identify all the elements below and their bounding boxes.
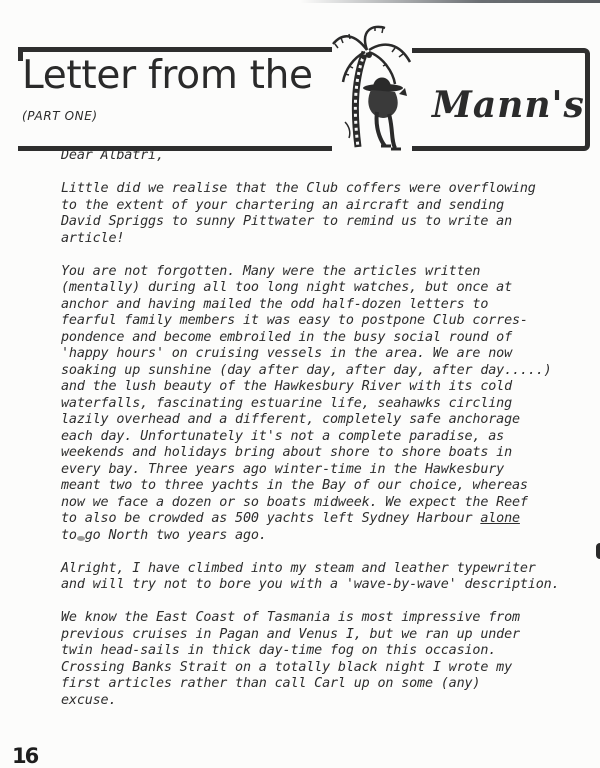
- text-line: lazily overhead and a different, complet…: [61, 412, 520, 427]
- text-line: David Spriggs to sunny Pittwater to remi…: [61, 214, 512, 229]
- text-line: 'happy hours' on cruising vessels in the…: [61, 346, 512, 361]
- emphasized-word: alone: [480, 511, 520, 526]
- letter-paragraph: We know the East Coast of Tasmania is mo…: [61, 610, 591, 709]
- text-line: (mentally) during all too long night wat…: [61, 280, 512, 295]
- article-part-label: (PART ONE): [22, 109, 98, 123]
- page-number: 16: [12, 744, 37, 768]
- text-line: to the extent of your chartering an airc…: [61, 198, 504, 213]
- binding-hole-mark: [596, 543, 600, 559]
- text-line: each day. Unfortunately it's not a compl…: [61, 429, 504, 444]
- text-line: first articles rather than call Carl up …: [61, 676, 480, 691]
- article-title: Letter from the: [22, 53, 313, 98]
- text-line: previous cruises in Pagan and Venus I, b…: [61, 627, 520, 642]
- text-line: fearful family members it was easy to po…: [61, 313, 528, 328]
- text-line: Crossing Banks Strait on a totally black…: [61, 660, 512, 675]
- text-line: to also be crowded as 500 yachts left Sy…: [61, 511, 480, 526]
- text-line: twin head-sails in thick day-time fog on…: [61, 643, 496, 658]
- text-line: weekends and holidays bring about shore …: [61, 445, 512, 460]
- text-line: every bay. Three years ago winter-time i…: [61, 462, 504, 477]
- letter-body: Dear Albatri, Little did we realise that…: [61, 148, 591, 726]
- letter-paragraph: Little did we realise that the Club coff…: [61, 181, 591, 247]
- palm-tree-sailor-icon: [325, 22, 430, 155]
- text-line: meant two to three yachts in the Bay of …: [61, 478, 528, 493]
- text-line: article!: [61, 231, 124, 246]
- text-line: to go North two years ago.: [61, 528, 267, 543]
- text-line: pondence and become embroiled in the bus…: [61, 330, 512, 345]
- letter-paragraph: Alright, I have climbed into my steam an…: [61, 561, 591, 594]
- text-line: excuse.: [61, 693, 116, 708]
- letter-paragraph: You are not forgotten. Many were the art…: [61, 264, 591, 545]
- scan-edge-shadow: [300, 0, 600, 3]
- text-line: Alright, I have climbed into my steam an…: [61, 561, 536, 576]
- letter-salutation: Dear Albatri,: [61, 148, 591, 165]
- text-line: now we face a dozen or so boats midweek.…: [61, 495, 528, 510]
- text-line: You are not forgotten. Many were the art…: [61, 264, 480, 279]
- article-brand-name: Mann's: [432, 84, 585, 126]
- text-line: anchor and having mailed the odd half-do…: [61, 297, 488, 312]
- text-line: soaking up sunshine (day after day, afte…: [61, 363, 552, 378]
- text-line: We know the East Coast of Tasmania is mo…: [61, 610, 520, 625]
- text-line: Little did we realise that the Club coff…: [61, 181, 536, 196]
- ink-smudge: [77, 536, 85, 541]
- text-line: and the lush beauty of the Hawkesbury Ri…: [61, 379, 512, 394]
- text-line: and will try not to bore you with a 'wav…: [61, 577, 559, 592]
- text-line: waterfalls, fascinating estuarine life, …: [61, 396, 512, 411]
